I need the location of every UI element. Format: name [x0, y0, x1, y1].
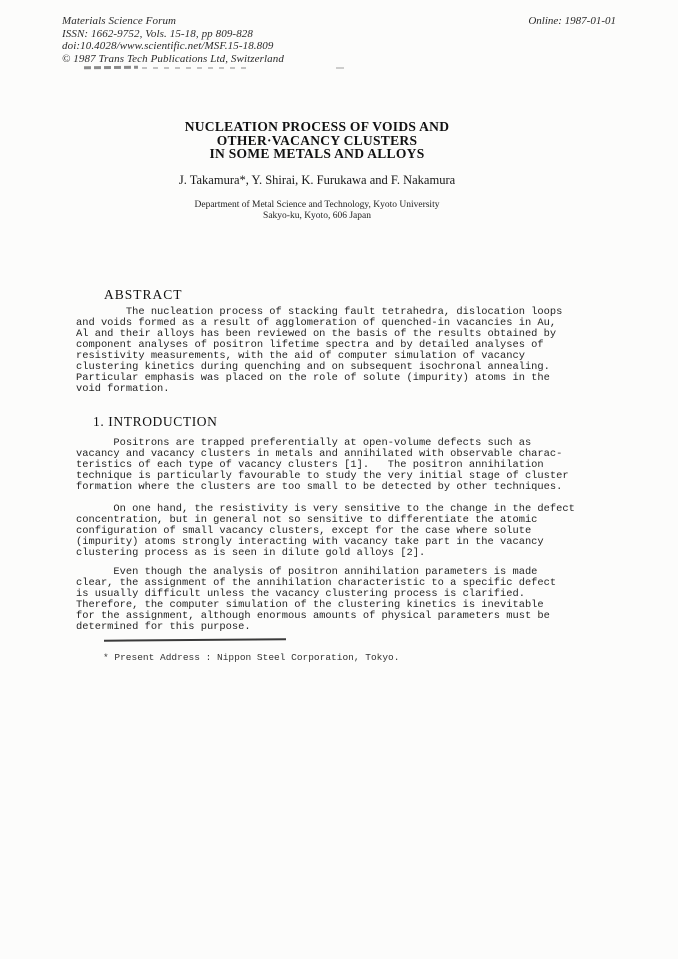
footnote-rule	[104, 638, 286, 641]
introduction-paragraph-1: Positrons are trapped preferentially at …	[76, 438, 586, 493]
affiliation-line-2: Sakyo-ku, Kyoto, 606 Japan	[76, 211, 558, 222]
author-list: J. Takamura*, Y. Shirai, K. Furukawa and…	[76, 173, 558, 188]
smudge-dash-dark	[84, 66, 138, 69]
journal-name: Materials Science Forum	[62, 15, 284, 28]
affiliation-line-1: Department of Metal Science and Technolo…	[76, 200, 558, 211]
abstract-text: The nucleation process of stacking fault…	[76, 307, 586, 395]
affiliation: Department of Metal Science and Technolo…	[76, 200, 558, 222]
title-line-1: NUCLEATION PROCESS OF VOIDS AND	[76, 120, 558, 134]
issn-volume-pages: ISSN: 1662-9752, Vols. 15-18, pp 809-828	[62, 28, 284, 41]
title-line-3: IN SOME METALS AND ALLOYS	[76, 147, 558, 161]
online-date: Online: 1987-01-01	[528, 15, 616, 27]
title-line-2: OTHER·VACANCY CLUSTERS	[76, 134, 558, 148]
doi-line: doi:10.4028/www.scientific.net/MSF.15-18…	[62, 40, 284, 53]
smudge-speck	[336, 67, 344, 69]
paper-page: Materials Science Forum ISSN: 1662-9752,…	[0, 0, 678, 959]
abstract-heading: ABSTRACT	[104, 287, 183, 303]
footnote-text: * Present Address : Nippon Steel Corpora…	[103, 652, 399, 663]
paper-title: NUCLEATION PROCESS OF VOIDS AND OTHER·VA…	[76, 120, 558, 161]
smudge-dash-light	[142, 67, 250, 69]
introduction-paragraph-2: On one hand, the resistivity is very sen…	[76, 504, 586, 559]
bibliographic-header: Materials Science Forum ISSN: 1662-9752,…	[62, 15, 284, 65]
introduction-heading: 1. INTRODUCTION	[93, 414, 218, 430]
copyright-line: © 1987 Trans Tech Publications Ltd, Swit…	[62, 53, 284, 66]
introduction-paragraph-3: Even though the analysis of positron ann…	[76, 567, 586, 633]
scan-smudge-artifact	[84, 66, 254, 69]
